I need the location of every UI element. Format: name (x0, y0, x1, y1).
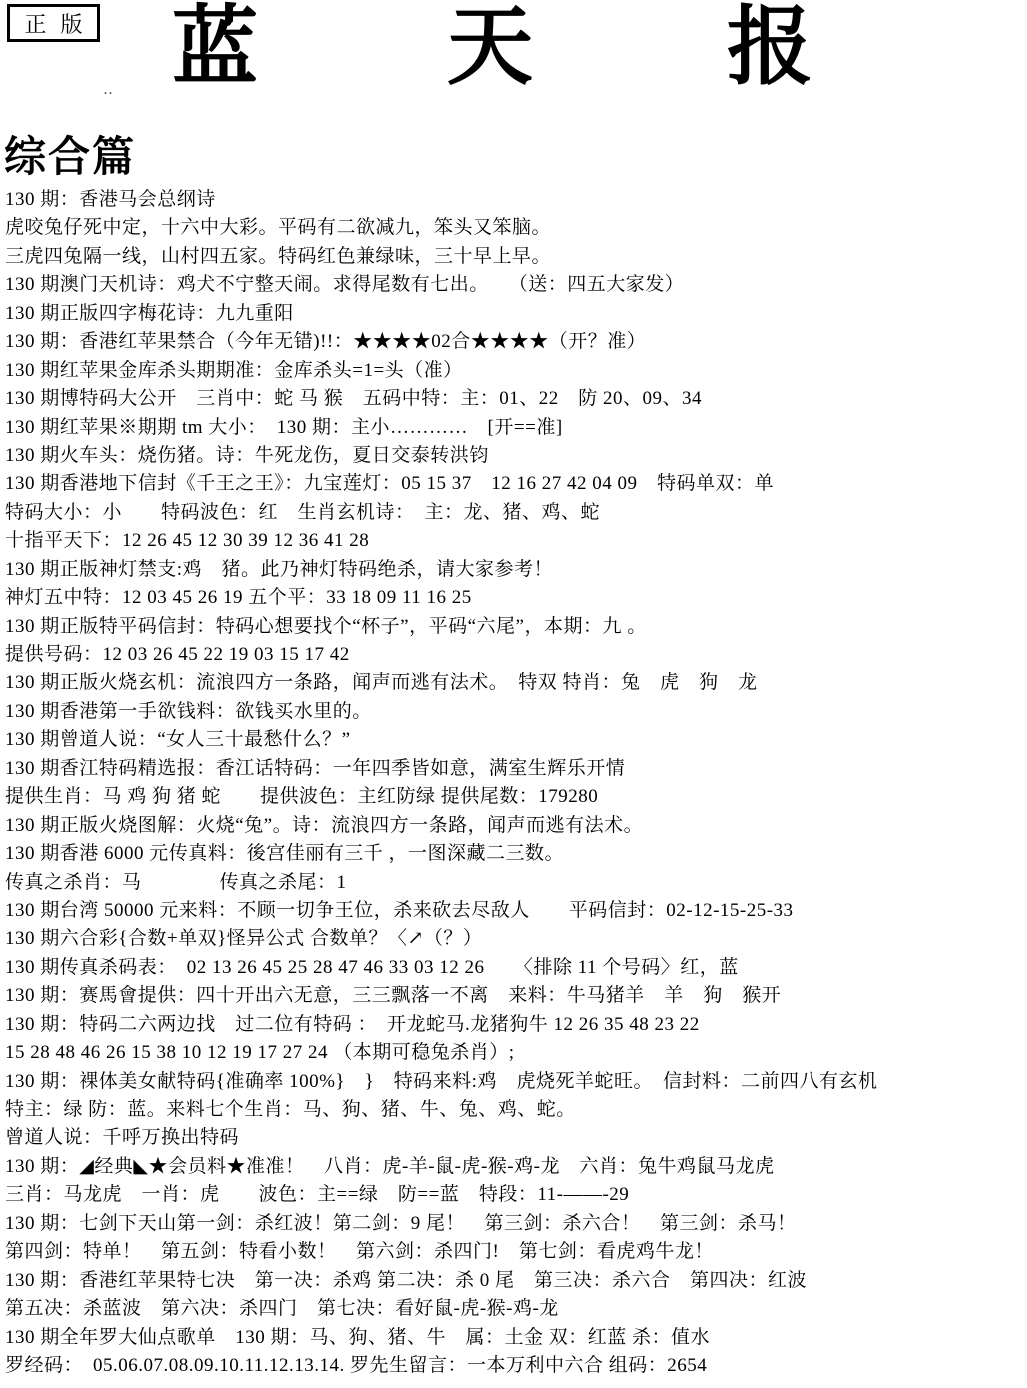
text-line: 130 期火车头：烧伤猪。诗：牛死龙伤，夏日交泰转洪钧 (5, 442, 1025, 470)
text-line: 130 期香港地下信封《千王之王》：九宝莲灯：05 15 37 12 16 27… (5, 470, 1025, 498)
text-line: 130 期：香港马会总纲诗 (5, 186, 1025, 214)
text-line: 15 28 48 46 26 15 38 10 12 19 17 27 24 （… (5, 1039, 1025, 1067)
text-line: 130 期：香港红苹果禁合（今年无错)!!：★★★★02合★★★★（开？准） (5, 328, 1025, 356)
text-line: 130 期：七剑下天山第一剑：杀红波！第二剑：9 尾！ 第三剑：杀六合！ 第三剑… (5, 1210, 1025, 1238)
text-line: 130 期正版四字梅花诗：九九重阳 (5, 300, 1025, 328)
text-line: 提供生肖：马 鸡 狗 猪 蛇 提供波色：主红防绿 提供尾数：179280 (5, 783, 1025, 811)
text-line: 第五决：杀蓝波 第六决：杀四门 第七决：看好鼠-虎-猴-鸡-龙 (5, 1295, 1025, 1323)
text-line: 130 期正版火烧图解：火烧“兔”。诗：流浪四方一条路，闻声而逃有法术。 (5, 812, 1025, 840)
content-lines: 130 期：香港马会总纲诗虎咬兔仔死中定，十六中大彩。平码有二欲减九，笨头又笨脑… (5, 186, 1025, 1380)
text-line: 十指平天下：12 26 45 12 30 39 12 36 41 28 (5, 527, 1025, 555)
edition-badge: 正版 (7, 4, 100, 42)
section-heading: 综合篇 (4, 124, 136, 184)
text-line: 三虎四兔隔一线，山村四五家。特码红色兼绿味，三十早上早。 (5, 243, 1025, 271)
edition-badge-label: 正版 (10, 8, 96, 39)
text-line: 130 期红苹果金库杀头期期准：金库杀头=1=头（准） (5, 357, 1025, 385)
title-char-tian: 天 (447, 2, 533, 92)
text-line: 130 期正版神灯禁支:鸡 猪。此乃神灯特码绝杀，请大家参考！ (5, 556, 1025, 584)
title-char-bao: 报 (727, 2, 813, 92)
title-decoration-dots: ‥ (103, 80, 117, 99)
text-line: 130 期正版特平码信封：特码心想要找个“杯子”，平码“六尾”，本期：九 。 (5, 613, 1025, 641)
text-line: 130 期红苹果※期期 tm 大小： 130 期：主小………… [开==准] (5, 414, 1025, 442)
text-line: 130 期：赛馬會提供：四十开出六无意，三三飘落一不离 来料：牛马猪羊 羊 狗 … (5, 982, 1025, 1010)
text-line: 130 期传真杀码表： 02 13 26 45 25 28 47 46 33 0… (5, 954, 1025, 982)
text-line: 130 期香港 6000 元传真料：後宫佳丽有三千 ，一图深藏二三数。 (5, 840, 1025, 868)
text-line: 第四剑：特单！ 第五剑：特看小数！ 第六剑：杀四门! 第七剑：看虎鸡牛龙！ (5, 1238, 1025, 1266)
text-line: 三肖：马龙虎 一肖：虎 波色：主==绿 防==蓝 特段：11-——-29 (5, 1181, 1025, 1209)
text-line: 130 期台湾 50000 元来料：不顾一切争王位，杀来砍去尽敌人 平码信封：0… (5, 897, 1025, 925)
text-line: 虎咬兔仔死中定，十六中大彩。平码有二欲减九，笨头又笨脑。 (5, 214, 1025, 242)
text-line: 130 期正版火烧玄机：流浪四方一条路，闻声而逃有法术。 特双 特肖：兔 虎 狗… (5, 669, 1025, 697)
text-line: 特主：绿 防：蓝。来料七个生肖：马、狗、猪、牛、兔、鸡、蛇。 (5, 1096, 1025, 1124)
text-line: 提供号码：12 03 26 45 22 19 03 15 17 42 (5, 641, 1025, 669)
text-line: 130 期曾道人说：“女人三十最愁什么？” (5, 726, 1025, 754)
text-line: 130 期：香港红苹果特七决 第一决：杀鸡 第二决：杀 0 尾 第三决：杀六合 … (5, 1267, 1025, 1295)
title-char-lan: 蓝 (172, 2, 258, 92)
text-line: 神灯五中特：12 03 45 26 19 五个平：33 18 09 11 16 … (5, 584, 1025, 612)
text-line: 130 期：◢经典◣★会员料★准准！ 八肖：虎-羊-鼠-虎-猴-鸡-龙 六肖：兔… (5, 1153, 1025, 1181)
text-line: 130 期六合彩{合数+单双}怪异公式 合数单？〈↗（？） (5, 925, 1025, 953)
text-line: 130 期香港第一手欲钱料：欲钱买水里的。 (5, 698, 1025, 726)
text-line: 曾道人说：千呼万换出特码 (5, 1124, 1025, 1152)
text-line: 传真之杀肖：马 传真之杀尾：1 (5, 869, 1025, 897)
text-line: 130 期：裸体美女献特码{准确率 100%} } 特码来料:鸡 虎烧死羊蛇旺。… (5, 1068, 1025, 1096)
text-line: 130 期全年罗大仙点歌单 130 期：马、狗、猪、牛 属：土金 双：红蓝 杀：… (5, 1324, 1025, 1352)
text-line: 特码大小：小 特码波色：红 生肖玄机诗： 主：龙、猪、鸡、蛇 (5, 499, 1025, 527)
newspaper-page: 正版 蓝 天 报 ‥ 综合篇 130 期：香港马会总纲诗虎咬兔仔死中定，十六中大… (0, 0, 1027, 1388)
text-line: 罗经码： 05.06.07.08.09.10.11.12.13.14. 罗先生留… (5, 1352, 1025, 1380)
text-line: 130 期博特码大公开 三肖中：蛇 马 猴 五码中特：主：01、22 防 20、… (5, 385, 1025, 413)
text-line: 130 期香江特码精选报：香江话特码：一年四季皆如意，满室生辉乐开情 (5, 755, 1025, 783)
text-line: 130 期：特码二六两边找 过二位有特码 ： 开龙蛇马.龙猪狗牛 12 26 3… (5, 1011, 1025, 1039)
text-line: 130 期澳门天机诗：鸡犬不宁整天闹。求得尾数有七出。 （送：四五大家发） (5, 271, 1025, 299)
